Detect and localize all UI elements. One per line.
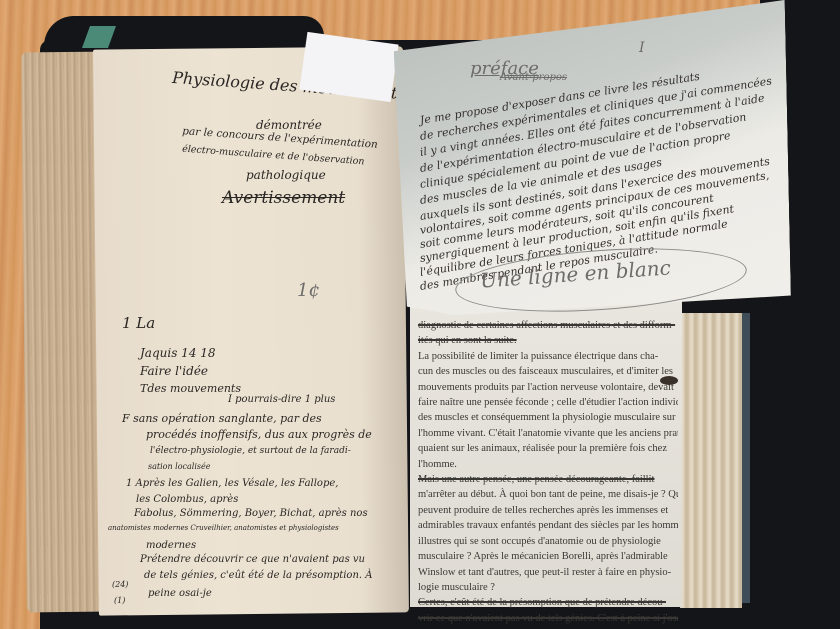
print-line: logie musculaire ? <box>418 580 678 595</box>
note-line-9: sation localisée <box>148 462 210 471</box>
print-line: peuvent produire de telles recherches ap… <box>418 503 678 518</box>
print-line: des muscles et conséquemment la physiolo… <box>418 410 678 425</box>
note-line-6: F sans opération sanglante, par des <box>122 412 322 425</box>
print-line: ités qui en sont la suite. <box>418 333 678 348</box>
printed-text: diagnostic de certaines affections muscu… <box>418 318 678 626</box>
print-line: Winslow et tant d'autres, que peut-il re… <box>418 565 678 580</box>
note-line-2: Jaquis 14 18 <box>140 346 216 360</box>
note-line-10: 1 Après les Galien, les Vésale, les Fall… <box>126 478 338 489</box>
print-line: faire naître une pensée féconde ; celle … <box>418 395 678 410</box>
sheet-struck-title: Avant-propos <box>500 72 567 83</box>
print-line: m'arrêter au début. À quoi bon tant de p… <box>418 487 678 502</box>
print-line: Certes, c'eût été de la présomption que … <box>418 595 678 610</box>
folio-number: 1¢ <box>297 280 320 301</box>
print-line: mouvements produits par l'action nerveus… <box>418 380 678 395</box>
note-line-16: de tels génies, c'eût été de la présompt… <box>144 570 372 581</box>
note-line-3: Faire l'idée <box>140 364 208 378</box>
ink-blot <box>660 376 678 385</box>
note-line-4: Tdes mouvements <box>140 382 241 395</box>
title-line-2: démontrée <box>256 118 322 132</box>
print-line: illustres qui se sont occupés d'anatomie… <box>418 534 678 549</box>
note-line-15: Prétendre découvrir ce que n'avaient pas… <box>140 554 365 565</box>
print-line: diagnostic de certaines affections muscu… <box>418 318 678 333</box>
sheet-page-mark: I <box>639 40 645 56</box>
title-line-5: pathologique <box>246 168 326 182</box>
note-line-14: modernes <box>146 540 196 551</box>
note-line-11: les Colombus, après <box>136 494 238 505</box>
right-page-edges <box>680 313 742 608</box>
note-line-13: anatomistes modernes Cruveilhier, anatom… <box>108 524 339 532</box>
avertissement-heading: Avertissement <box>222 188 345 208</box>
print-line: vrir ce que n'avaient pas vu de tels gén… <box>418 611 678 626</box>
print-line: admirables travaux enfantés pendant des … <box>418 518 678 533</box>
note-line-1: 1 La <box>122 314 155 332</box>
margin-mark-1: (1) <box>114 596 125 605</box>
print-line: Mais une autre pensée, une pensée décour… <box>418 472 678 487</box>
margin-mark-24: (24) <box>112 580 128 589</box>
note-line-7: procédés inoffensifs, dus aux progrès de <box>146 428 372 441</box>
note-line-8: l'électro-physiologie, et surtout de la … <box>150 446 351 456</box>
print-line: l'homme vivant. C'était l'anatomie vivan… <box>418 426 678 441</box>
note-line-17: peine osai-je <box>148 588 212 599</box>
print-line: cun des muscles ou des faisceaux muscula… <box>418 364 678 379</box>
print-line: La possibilité de limiter la puissance é… <box>418 349 678 364</box>
print-line: quaient sur les animaux, réalisée pour l… <box>418 441 678 456</box>
note-line-12: Fabolus, Sömmering, Boyer, Bichat, après… <box>134 508 368 519</box>
print-line: musculaire ? Après le mécanicien Borelli… <box>418 549 678 564</box>
print-line: l'homme. <box>418 457 678 472</box>
note-line-5: I pourrais-dire 1 plus <box>228 394 335 405</box>
